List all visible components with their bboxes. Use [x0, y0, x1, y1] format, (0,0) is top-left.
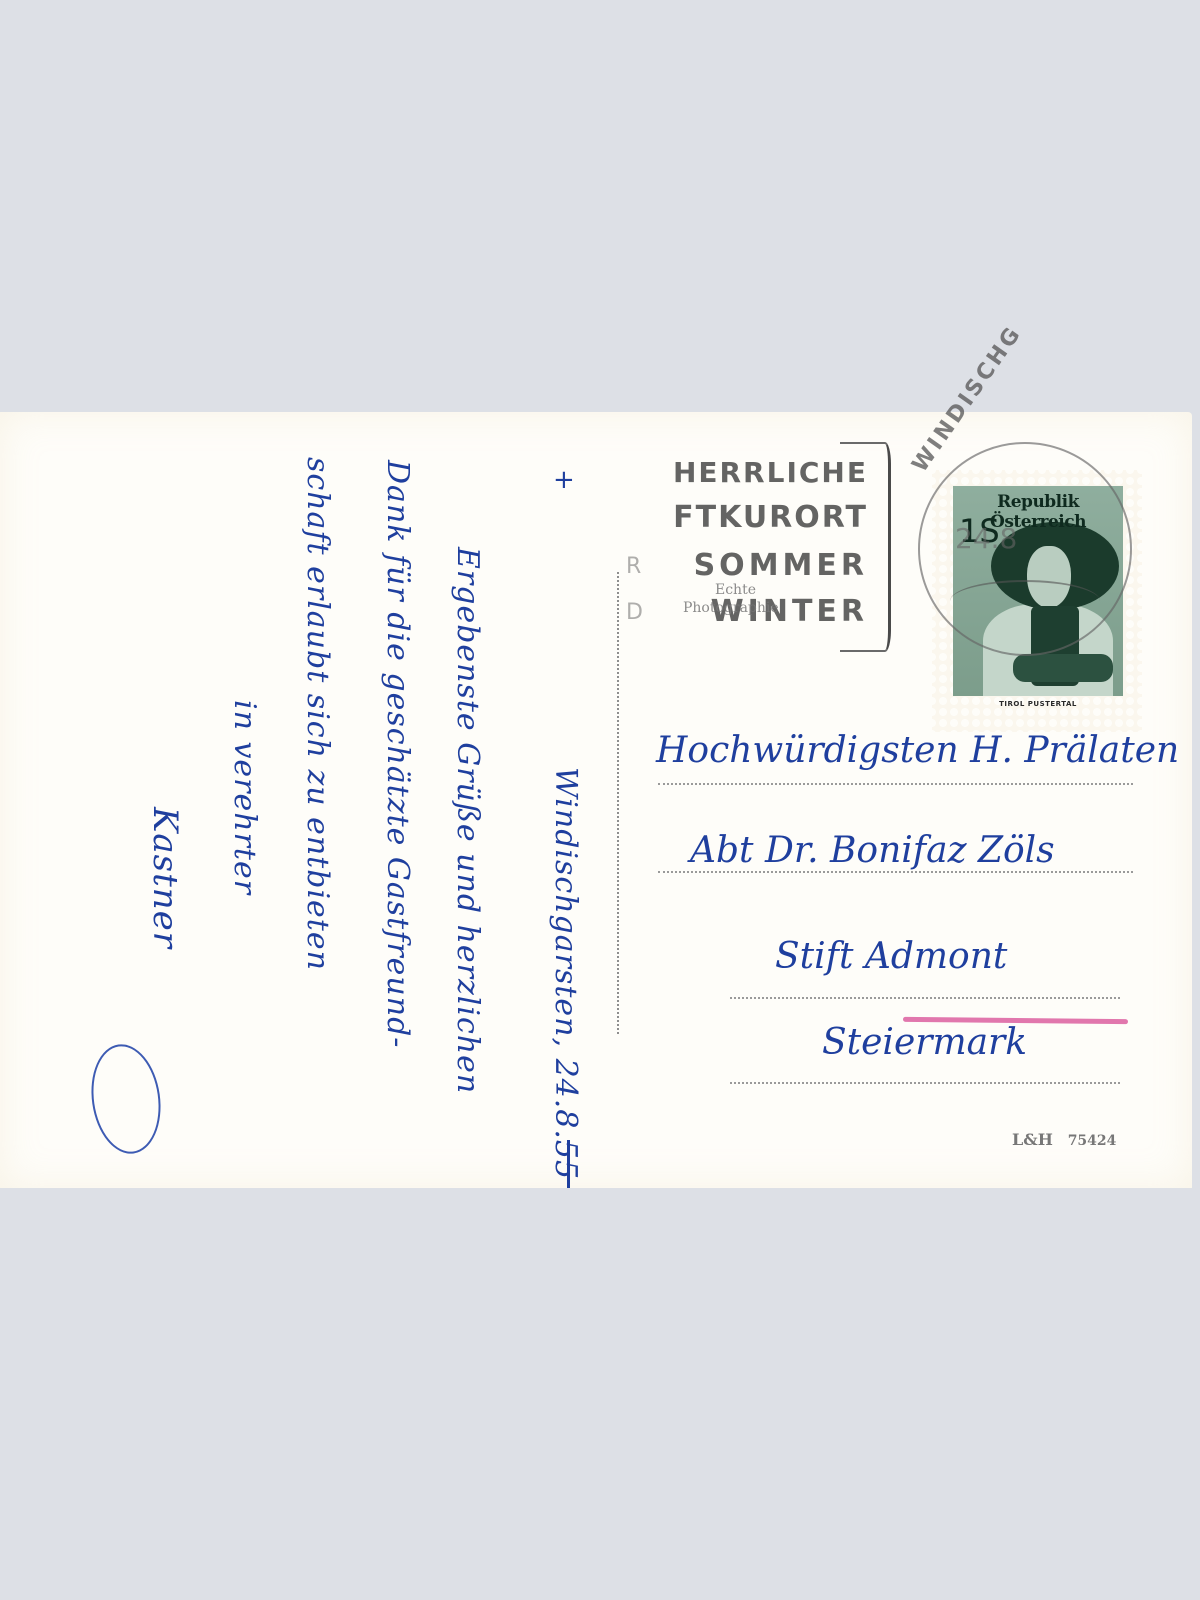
address-line-4: Steiermark	[822, 1022, 1027, 1063]
address-dotted-line-2	[658, 871, 1133, 873]
divider-line	[617, 572, 619, 1034]
message-greeting: Ergebenste Grüße und herzlichen	[450, 547, 485, 1094]
postmark-inner-arc	[950, 580, 1100, 622]
address-dotted-line-1	[658, 783, 1133, 785]
slogan-prefix-3: R	[626, 554, 641, 579]
signature-loop	[85, 1040, 168, 1158]
postmark-date: 24.8	[955, 522, 1017, 555]
place-date: Windischgarsten, 24.8.55	[548, 767, 583, 1180]
echte-label: Echte	[715, 582, 756, 598]
slogan-line-3: SOMMER	[694, 548, 868, 583]
signature: Kastner	[145, 807, 185, 949]
address-dotted-line-4	[730, 1082, 1120, 1084]
publisher-mark: L&H 75424	[1012, 1130, 1116, 1149]
date-underline	[567, 1140, 570, 1188]
stamp-caption: TIROL PUSTERTAL	[953, 700, 1123, 708]
photographie-label: Photographie	[683, 600, 779, 616]
stamp-figure-arms	[1013, 654, 1113, 682]
slogan-cancellation: HERRLICHE FTKURORT SOMMER R WINTER D	[628, 442, 878, 648]
slogan-line-2: FTKURORT	[673, 500, 868, 535]
address-dotted-line-3	[730, 997, 1120, 999]
address-line-2: Abt Dr. Bonifaz Zöls	[690, 830, 1055, 871]
address-line-1: Hochwürdigsten H. Prälaten	[656, 730, 1179, 771]
publisher-logo: L&H	[1012, 1130, 1053, 1149]
cross-mark: +	[553, 465, 575, 495]
message-line-2: schaft erlaubt sich zu entbieten	[300, 457, 335, 971]
address-line-3: Stift Admont	[775, 936, 1007, 977]
message-closing: in verehrter	[227, 700, 262, 895]
message-line-1: Dank für die geschätzte Gastfreund-	[380, 460, 415, 1048]
slogan-line-1: HERRLICHE	[673, 456, 868, 489]
postmark-circle	[918, 442, 1132, 656]
publisher-number: 75424	[1068, 1133, 1117, 1149]
postcard: + Windischgarsten, 24.8.55 Ergebenste Gr…	[0, 412, 1192, 1188]
slogan-prefix-4: D	[626, 600, 643, 625]
